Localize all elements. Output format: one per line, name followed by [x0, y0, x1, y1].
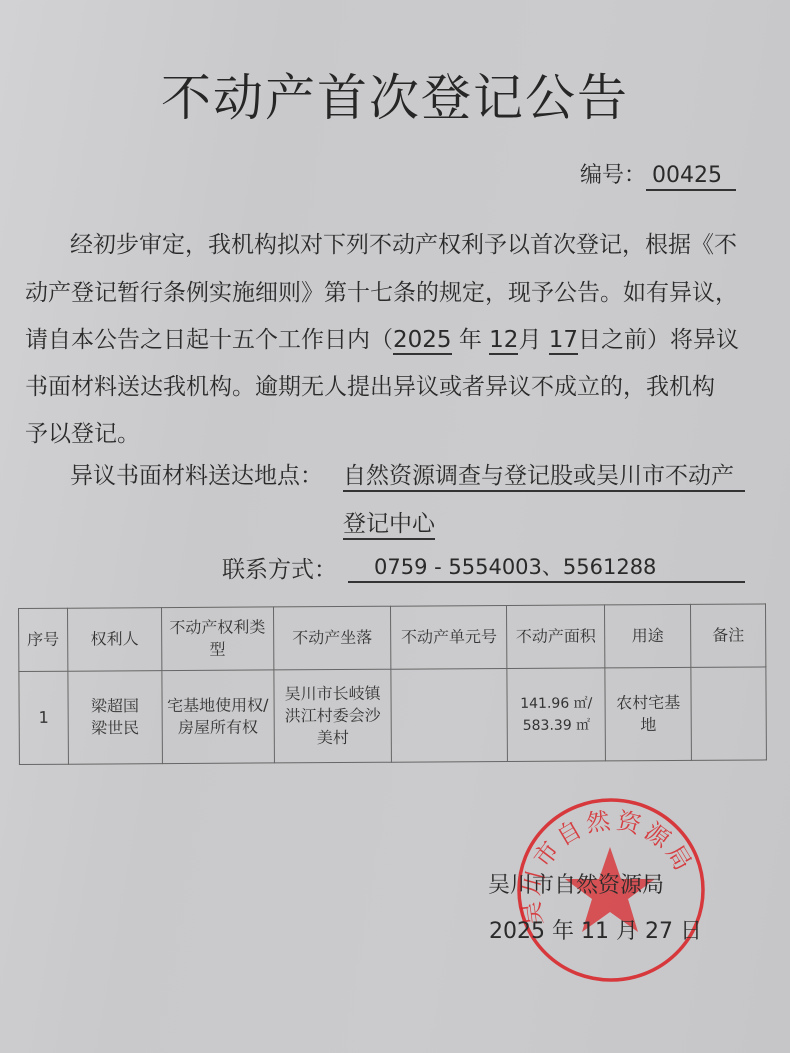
- registration-table: 序号 权利人 不动产权利类型 不动产坐落 不动产单元号 不动产面积 用途 备注 …: [18, 603, 767, 765]
- sign-month: 11: [581, 919, 609, 944]
- body-line-3-prefix: 请自本公告之日起十五个工作日内（: [25, 327, 393, 353]
- body-line-2: 动产登记暂行条例实施细则》第十七条的规定，现予公告。如有异议，: [25, 278, 738, 308]
- cell-owners: 梁超国 梁世民: [68, 671, 162, 765]
- notice-title: 不动产首次登记公告: [0, 58, 790, 130]
- area-building: 583.39 ㎡: [511, 714, 602, 737]
- sign-day: 27: [645, 919, 673, 944]
- header-area: 不动产面积: [507, 605, 605, 669]
- header-right-type: 不动产权利类型: [161, 607, 273, 671]
- body-line-5: 予以登记。: [25, 419, 140, 449]
- owner-1: 梁超国: [71, 695, 158, 718]
- objection-address-label: 异议书面材料送达地点：: [70, 457, 323, 490]
- sign-month-unit: 月: [616, 919, 638, 944]
- year-unit: 年: [459, 327, 482, 353]
- header-usage: 用途: [605, 604, 691, 668]
- objection-address-value-1: 自然资源调查与登记股或吴川市不动产: [343, 457, 745, 492]
- objection-address-value-2: 登记中心: [343, 505, 435, 540]
- cell-area: 141.96 ㎡/ 583.39 ㎡: [507, 668, 605, 762]
- cell-no: 1: [19, 671, 69, 764]
- cell-unit-no: [391, 669, 507, 763]
- header-unit-no: 不动产单元号: [391, 606, 507, 670]
- header-owner: 权利人: [67, 608, 161, 672]
- header-location: 不动产坐落: [273, 606, 391, 670]
- sign-year-unit: 年: [552, 919, 574, 944]
- cell-usage: 农村宅基地: [605, 667, 691, 761]
- doc-number: 编号：00425: [580, 158, 736, 191]
- deadline-year: 2025: [393, 327, 452, 355]
- cell-remark: [691, 667, 767, 760]
- body-line-4: 书面材料送达我机构。逾期无人提出异议或者异议不成立的，我机构: [25, 372, 715, 402]
- sign-day-unit: 日: [680, 919, 702, 944]
- month-unit: 月: [518, 327, 541, 353]
- cell-location: 吴川市长岐镇洪江村委会沙美村: [274, 669, 392, 763]
- signature-date: 2025 年 11 月 27 日: [489, 914, 702, 945]
- deadline-month: 12: [489, 327, 518, 355]
- sign-year: 2025: [489, 919, 545, 944]
- body-line-1: 经初步审定，我机构拟对下列不动产权利予以首次登记，根据《不: [70, 230, 737, 260]
- owner-2: 梁世民: [72, 717, 159, 740]
- cell-right-type: 宅基地使用权/房屋所有权: [162, 670, 274, 764]
- header-remark: 备注: [691, 604, 766, 667]
- doc-number-value: 00425: [646, 163, 736, 191]
- deadline-day: 17: [549, 327, 578, 355]
- doc-number-label: 编号：: [580, 163, 646, 188]
- body-line-3-suffix: 日之前）将异议: [578, 327, 739, 353]
- table-header-row: 序号 权利人 不动产权利类型 不动产坐落 不动产单元号 不动产面积 用途 备注: [19, 604, 766, 672]
- signature-org: 吴川市自然资源局: [488, 868, 664, 899]
- header-no: 序号: [19, 608, 68, 671]
- contact-label: 联系方式：: [222, 551, 337, 584]
- table-row: 1 梁超国 梁世民 宅基地使用权/房屋所有权 吴川市长岐镇洪江村委会沙美村 14…: [19, 667, 767, 765]
- area-land: 141.96 ㎡/: [511, 692, 602, 715]
- body-line-3: 请自本公告之日起十五个工作日内（2025 年 12月 17日之前）将异议: [25, 325, 739, 355]
- contact-value: 0759 - 5554003、5561288: [348, 551, 745, 583]
